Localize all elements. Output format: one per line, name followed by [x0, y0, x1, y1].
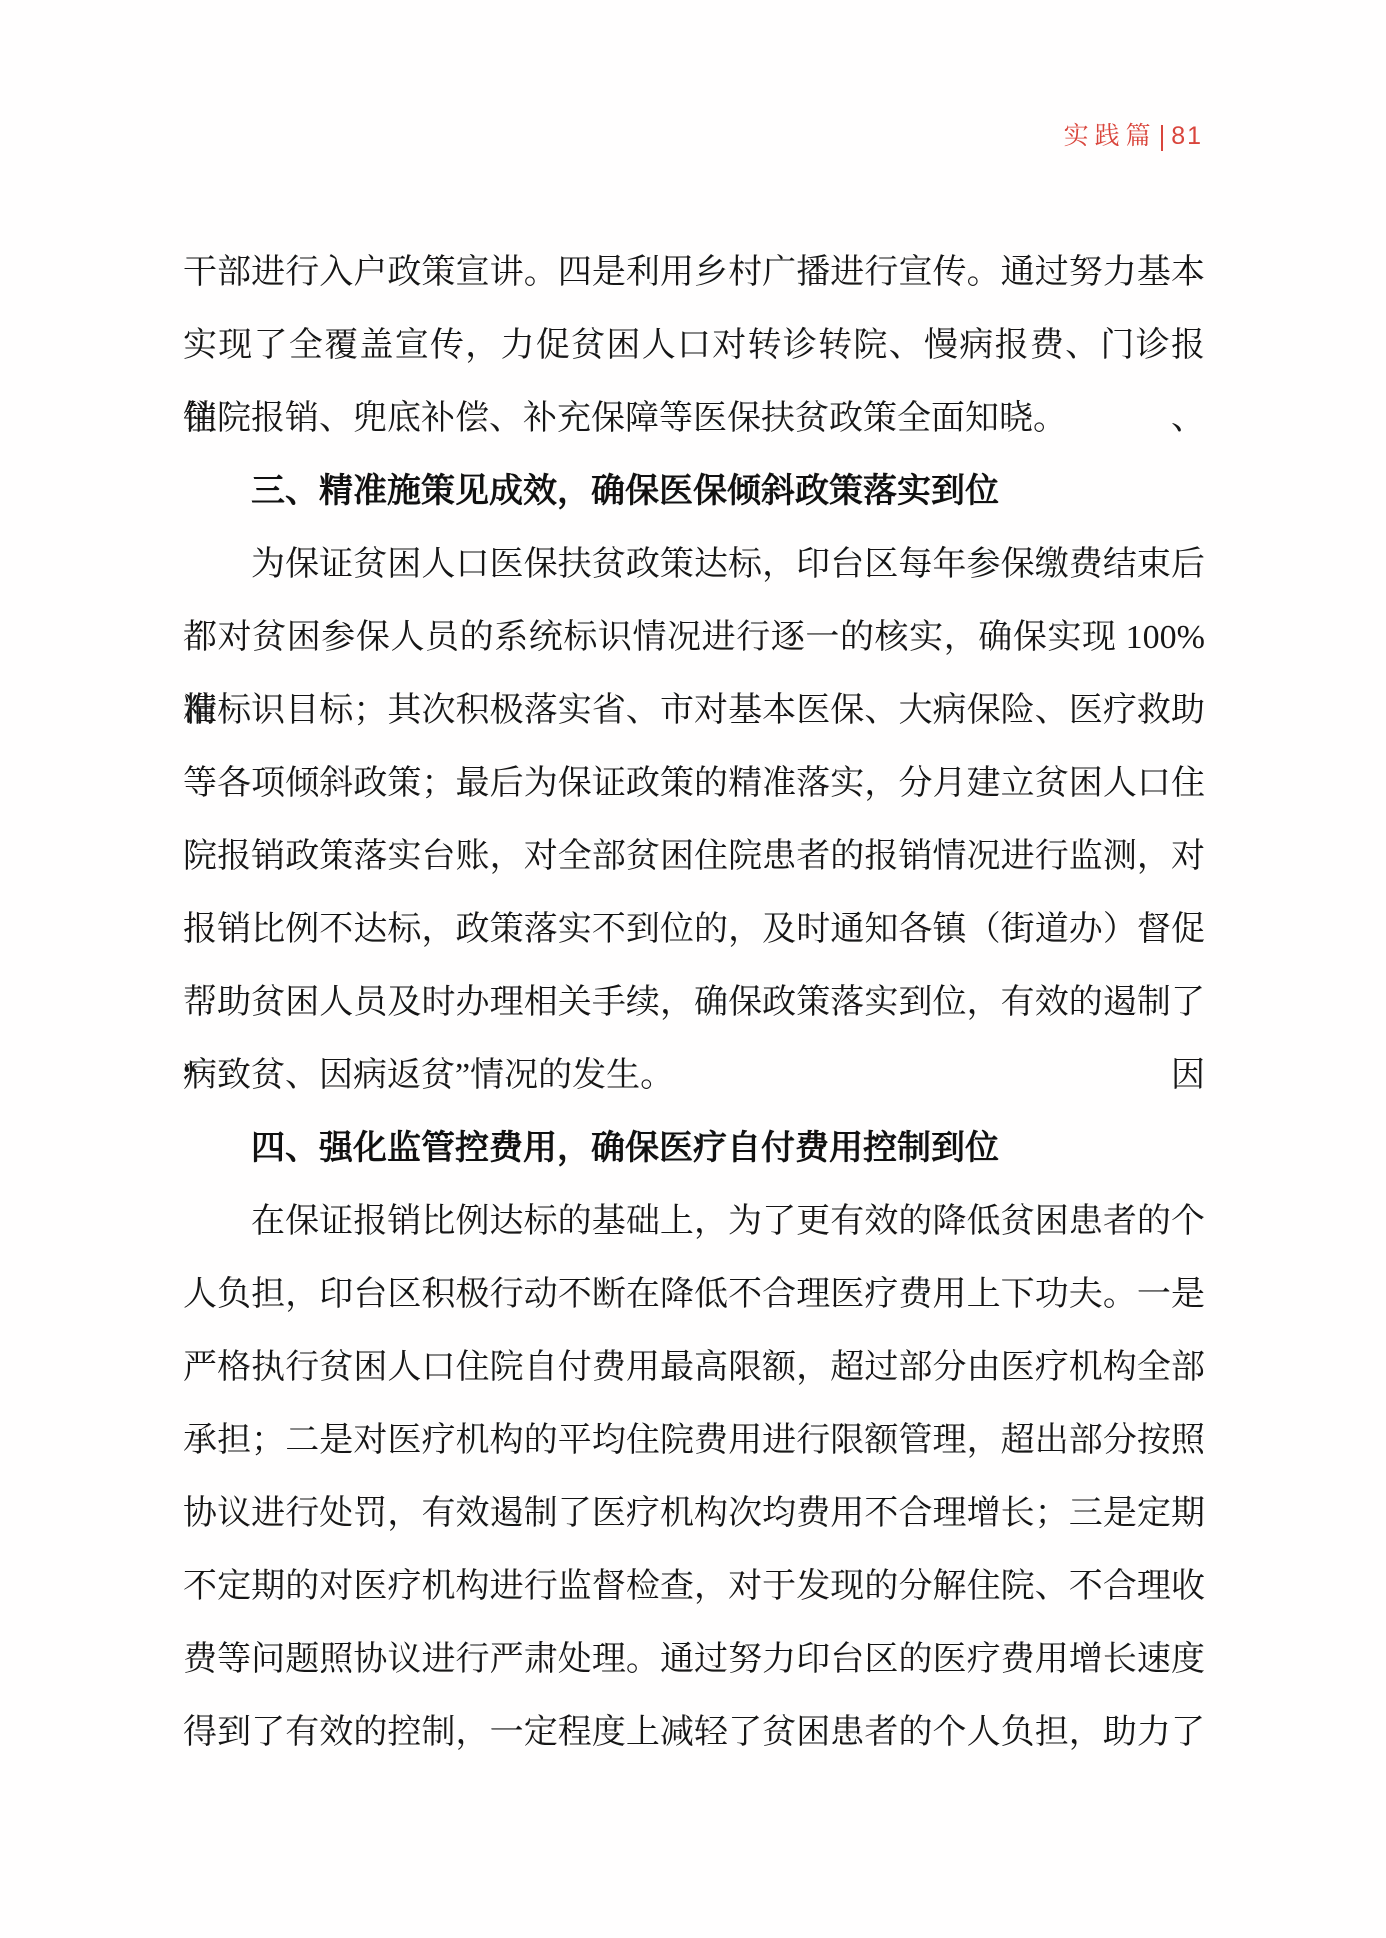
section-label: 实践篇: [1064, 120, 1157, 152]
body-line: 得到了有效的控制，一定程度上减轻了贫困患者的个人负担，助力了: [183, 1696, 1205, 1769]
body-line: 准标识目标；其次积极落实省、市对基本医保、大病保险、医疗救助: [183, 674, 1205, 747]
body-line: 住院报销、兜底补偿、补充保障等医保扶贫政策全面知晓。: [183, 382, 1205, 455]
body-line: 实现了全覆盖宣传，力促贫困人口对转诊转院、慢病报费、门诊报销、: [183, 309, 1205, 382]
document-page: 实践篇 | 81 干部进行入户政策宣讲。四是利用乡村广播进行宣传。通过努力基本 …: [0, 0, 1386, 1938]
page-header: 实践篇 | 81: [1064, 120, 1203, 152]
section-heading-3: 三、精准施策见成效，确保医保倾斜政策落实到位: [183, 455, 1205, 528]
body-line: 在保证报销比例达标的基础上，为了更有效的降低贫困患者的个: [183, 1185, 1205, 1258]
body-line: 严格执行贫困人口住院自付费用最高限额，超过部分由医疗机构全部: [183, 1331, 1205, 1404]
body-line: 等各项倾斜政策；最后为保证政策的精准落实，分月建立贫困人口住: [183, 747, 1205, 820]
page-content: 干部进行入户政策宣讲。四是利用乡村广播进行宣传。通过努力基本 实现了全覆盖宣传，…: [183, 236, 1205, 1769]
body-line: 人负担，印台区积极行动不断在降低不合理医疗费用上下功夫。一是: [183, 1258, 1205, 1331]
body-line: 协议进行处罚，有效遏制了医疗机构次均费用不合理增长；三是定期: [183, 1477, 1205, 1550]
body-line: 院报销政策落实台账，对全部贫困住院患者的报销情况进行监测，对: [183, 820, 1205, 893]
section-heading-4: 四、强化监管控费用，确保医疗自付费用控制到位: [183, 1112, 1205, 1185]
body-line: 报销比例不达标，政策落实不到位的，及时通知各镇（街道办）督促: [183, 893, 1205, 966]
header-divider: |: [1159, 118, 1166, 153]
body-line: 干部进行入户政策宣讲。四是利用乡村广播进行宣传。通过努力基本: [183, 236, 1205, 309]
page-number: 81: [1171, 120, 1203, 152]
body-line: 都对贫困参保人员的系统标识情况进行逐一的核实，确保实现 100% 精: [183, 601, 1205, 674]
body-line: 费等问题照协议进行严肃处理。通过努力印台区的医疗费用增长速度: [183, 1623, 1205, 1696]
body-line: 为保证贫困人口医保扶贫政策达标，印台区每年参保缴费结束后: [183, 528, 1205, 601]
body-line: 不定期的对医疗机构进行监督检查，对于发现的分解住院、不合理收: [183, 1550, 1205, 1623]
body-line: 帮助贫困人员及时办理相关手续，确保政策落实到位，有效的遏制了“因: [183, 966, 1205, 1039]
body-line: 承担；二是对医疗机构的平均住院费用进行限额管理，超出部分按照: [183, 1404, 1205, 1477]
